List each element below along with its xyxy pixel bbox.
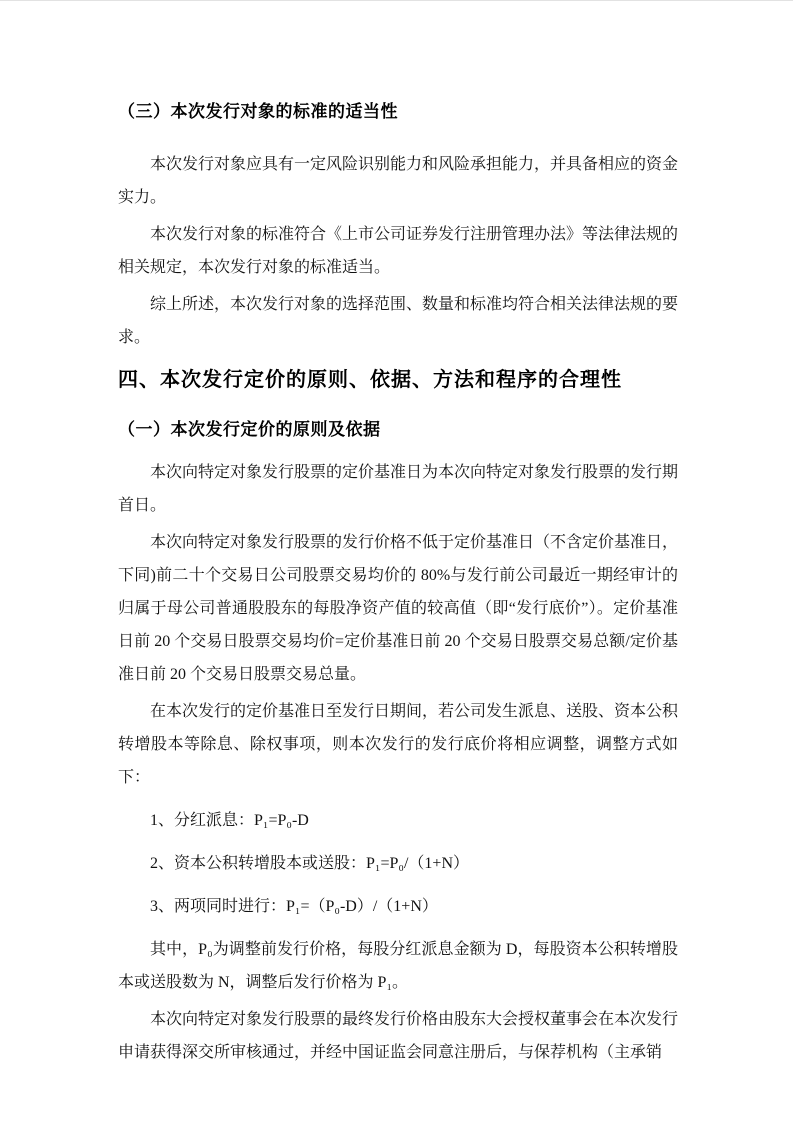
formula-line-capitalization: 2、资本公积转增股本或送股：P₁=P₀/（1+N） (118, 847, 678, 880)
pricing-paragraph-3: 在本次发行的定价基准日至发行日期间，若公司发生派息、送股、资本公积转增股本等除息… (118, 695, 678, 794)
section-4-subsection-1-heading: （一）本次发行定价的原则及依据 (118, 418, 678, 442)
pricing-paragraph-2: 本次向特定对象发行股票的发行价格不低于定价基准日（不含定价基准日，下同)前二十个… (118, 526, 678, 691)
section-3-paragraph-2: 本次发行对象的标准符合《上市公司证券发行注册管理办法》等法律法规的相关规定，本次… (118, 218, 678, 284)
section-3-heading: （三）本次发行对象的标准的适当性 (118, 100, 678, 124)
section-3-paragraph-1: 本次发行对象应具有一定风险识别能力和风险承担能力，并具备相应的资金实力。 (118, 148, 678, 214)
formula-definitions-paragraph: 其中，P₀为调整前发行价格，每股分红派息金额为 D，每股资本公积转增股本或送股数… (118, 933, 678, 999)
section-4-heading: 四、本次发行定价的原则、依据、方法和程序的合理性 (118, 366, 678, 394)
document-page: （三）本次发行对象的标准的适当性 本次发行对象应具有一定风险识别能力和风险承担能… (0, 0, 793, 1122)
formula-line-dividend: 1、分红派息：P₁=P₀-D (118, 804, 678, 837)
pricing-paragraph-1: 本次向特定对象发行股票的定价基准日为本次向特定对象发行股票的发行期首日。 (118, 456, 678, 522)
final-price-paragraph: 本次向特定对象发行股票的最终发行价格由股东大会授权董事会在本次发行申请获得深交所… (118, 1003, 678, 1069)
section-3-paragraph-3: 综上所述，本次发行对象的选择范围、数量和标准均符合相关法律法规的要求。 (118, 288, 678, 354)
formula-line-combined: 3、两项同时进行：P₁=（P₀-D）/（1+N） (118, 890, 678, 923)
